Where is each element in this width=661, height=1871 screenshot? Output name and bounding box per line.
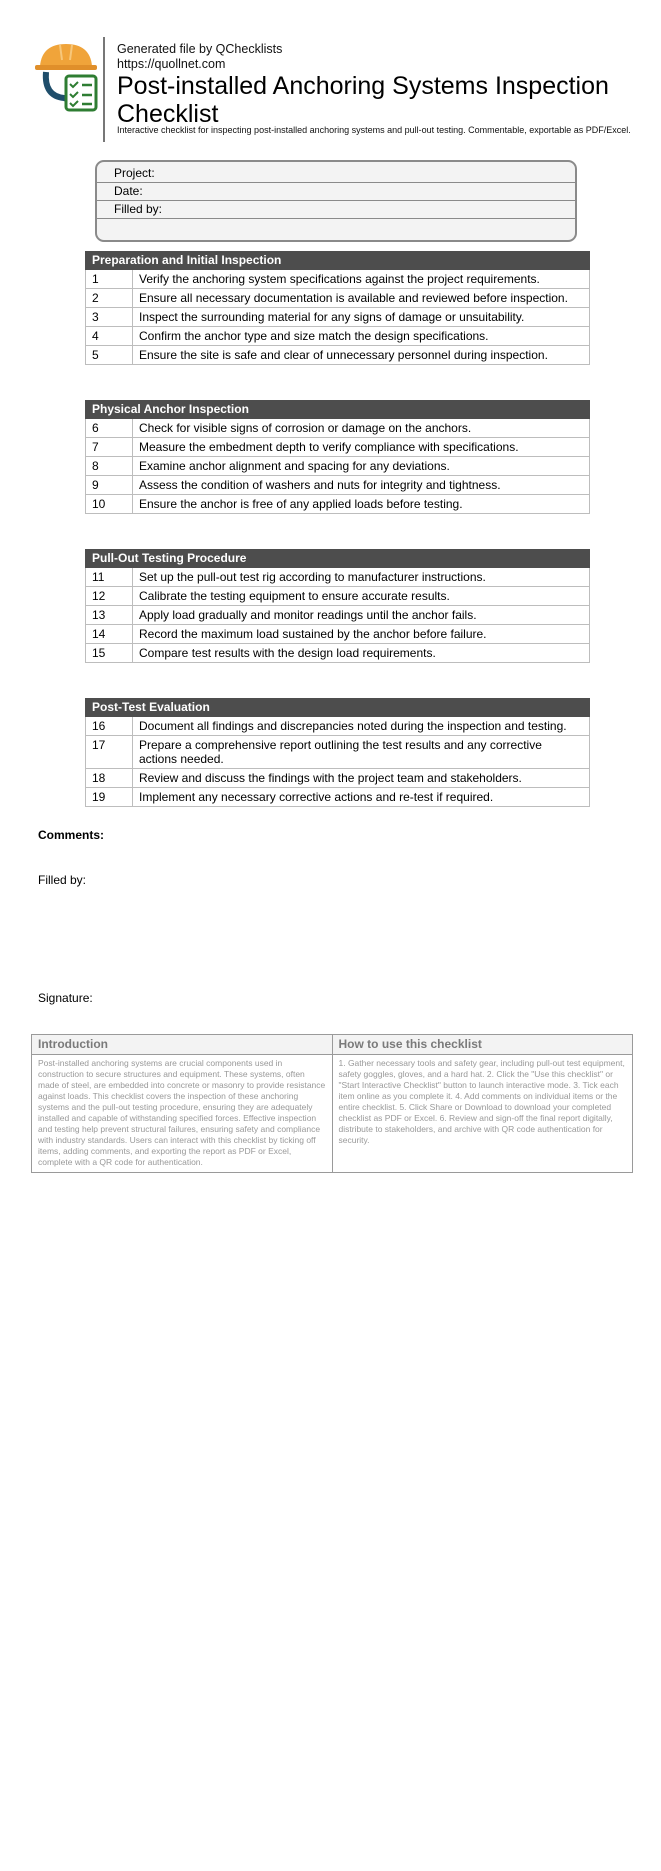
comments-label: Comments: — [38, 828, 104, 842]
item-text: Ensure all necessary documentation is av… — [133, 289, 589, 307]
header-meta: Generated file by QChecklists https://qu… — [117, 42, 282, 72]
item-text: Set up the pull-out test rig according t… — [133, 568, 589, 586]
item-number: 9 — [86, 476, 133, 494]
generated-by-text: Generated file by QChecklists — [117, 42, 282, 57]
item-text: Verify the anchoring system specificatio… — [133, 270, 589, 288]
checklist-item[interactable]: 5Ensure the site is safe and clear of un… — [85, 346, 590, 365]
how-to-heading: How to use this checklist — [333, 1035, 633, 1055]
item-text: Check for visible signs of corrosion or … — [133, 419, 589, 437]
item-number: 8 — [86, 457, 133, 475]
item-number: 15 — [86, 644, 133, 662]
filled-by-footer-label: Filled by: — [38, 873, 86, 887]
item-text: Ensure the site is safe and clear of unn… — [133, 346, 589, 364]
item-text: Confirm the anchor type and size match t… — [133, 327, 589, 345]
item-text: Ensure the anchor is free of any applied… — [133, 495, 589, 513]
checklist-item[interactable]: 6Check for visible signs of corrosion or… — [85, 419, 590, 438]
item-number: 19 — [86, 788, 133, 806]
introduction-column: Introduction Post-installed anchoring sy… — [32, 1035, 332, 1172]
project-info-box: Project: Date: Filled by: — [95, 160, 577, 242]
info-table: Introduction Post-installed anchoring sy… — [31, 1034, 633, 1173]
checklist-item[interactable]: 14Record the maximum load sustained by t… — [85, 625, 590, 644]
hardhat-checklist-logo-icon — [34, 40, 102, 112]
item-number: 12 — [86, 587, 133, 605]
item-text: Document all findings and discrepancies … — [133, 717, 589, 735]
signature-label: Signature: — [38, 991, 93, 1005]
item-number: 13 — [86, 606, 133, 624]
checklist-item[interactable]: 1Verify the anchoring system specificati… — [85, 270, 590, 289]
checklist-item[interactable]: 13Apply load gradually and monitor readi… — [85, 606, 590, 625]
item-text: Examine anchor alignment and spacing for… — [133, 457, 589, 475]
checklist-item[interactable]: 11Set up the pull-out test rig according… — [85, 568, 590, 587]
item-text: Inspect the surrounding material for any… — [133, 308, 589, 326]
item-text: Implement any necessary corrective actio… — [133, 788, 589, 806]
extra-field[interactable] — [97, 219, 575, 236]
checklist-section: Preparation and Initial Inspection1Verif… — [85, 251, 590, 365]
checklist-item[interactable]: 17Prepare a comprehensive report outlini… — [85, 736, 590, 769]
checklist-item[interactable]: 3Inspect the surrounding material for an… — [85, 308, 590, 327]
section-header: Preparation and Initial Inspection — [85, 251, 590, 270]
checklist-item[interactable]: 18Review and discuss the findings with t… — [85, 769, 590, 788]
item-number: 17 — [86, 736, 133, 768]
item-text: Calibrate the testing equipment to ensur… — [133, 587, 589, 605]
item-number: 1 — [86, 270, 133, 288]
item-number: 18 — [86, 769, 133, 787]
item-number: 3 — [86, 308, 133, 326]
checklist-item[interactable]: 2Ensure all necessary documentation is a… — [85, 289, 590, 308]
filled-by-field[interactable]: Filled by: — [97, 201, 575, 219]
checklist-section: Physical Anchor Inspection6Check for vis… — [85, 400, 590, 514]
checklist-item[interactable]: 7Measure the embedment depth to verify c… — [85, 438, 590, 457]
item-text: Measure the embedment depth to verify co… — [133, 438, 589, 456]
checklist-item[interactable]: 4Confirm the anchor type and size match … — [85, 327, 590, 346]
item-number: 2 — [86, 289, 133, 307]
item-text: Compare test results with the design loa… — [133, 644, 589, 662]
item-text: Record the maximum load sustained by the… — [133, 625, 589, 643]
project-field[interactable]: Project: — [97, 162, 575, 183]
checklist-section: Pull-Out Testing Procedure11Set up the p… — [85, 549, 590, 663]
filled-by-label: Filled by: — [114, 202, 162, 216]
item-number: 10 — [86, 495, 133, 513]
section-header: Pull-Out Testing Procedure — [85, 549, 590, 568]
page-title: Post-installed Anchoring Systems Inspect… — [117, 72, 637, 128]
checklist-item[interactable]: 19Implement any necessary corrective act… — [85, 788, 590, 807]
item-text: Apply load gradually and monitor reading… — [133, 606, 589, 624]
item-text: Review and discuss the findings with the… — [133, 769, 589, 787]
section-header: Post-Test Evaluation — [85, 698, 590, 717]
item-number: 6 — [86, 419, 133, 437]
item-number: 14 — [86, 625, 133, 643]
checklist-item[interactable]: 8Examine anchor alignment and spacing fo… — [85, 457, 590, 476]
checklist-item[interactable]: 16Document all findings and discrepancie… — [85, 717, 590, 736]
page-subtitle: Interactive checklist for inspecting pos… — [117, 125, 631, 136]
checklist-item[interactable]: 10Ensure the anchor is free of any appli… — [85, 495, 590, 514]
introduction-text: Post-installed anchoring systems are cru… — [32, 1055, 332, 1172]
item-number: 16 — [86, 717, 133, 735]
how-to-text: 1. Gather necessary tools and safety gea… — [333, 1055, 633, 1150]
section-header: Physical Anchor Inspection — [85, 400, 590, 419]
item-number: 5 — [86, 346, 133, 364]
header-divider — [103, 37, 105, 142]
source-url-link[interactable]: https://quollnet.com — [117, 57, 282, 72]
item-text: Prepare a comprehensive report outlining… — [133, 736, 589, 768]
item-number: 4 — [86, 327, 133, 345]
checklist-item[interactable]: 12Calibrate the testing equipment to ens… — [85, 587, 590, 606]
item-number: 11 — [86, 568, 133, 586]
project-label: Project: — [114, 166, 155, 180]
date-label: Date: — [114, 184, 143, 198]
introduction-heading: Introduction — [32, 1035, 332, 1055]
date-field[interactable]: Date: — [97, 183, 575, 201]
checklist-section: Post-Test Evaluation16Document all findi… — [85, 698, 590, 807]
item-number: 7 — [86, 438, 133, 456]
checklist-item[interactable]: 15Compare test results with the design l… — [85, 644, 590, 663]
checklist-item[interactable]: 9Assess the condition of washers and nut… — [85, 476, 590, 495]
how-to-column: How to use this checklist 1. Gather nece… — [332, 1035, 633, 1172]
item-text: Assess the condition of washers and nuts… — [133, 476, 589, 494]
